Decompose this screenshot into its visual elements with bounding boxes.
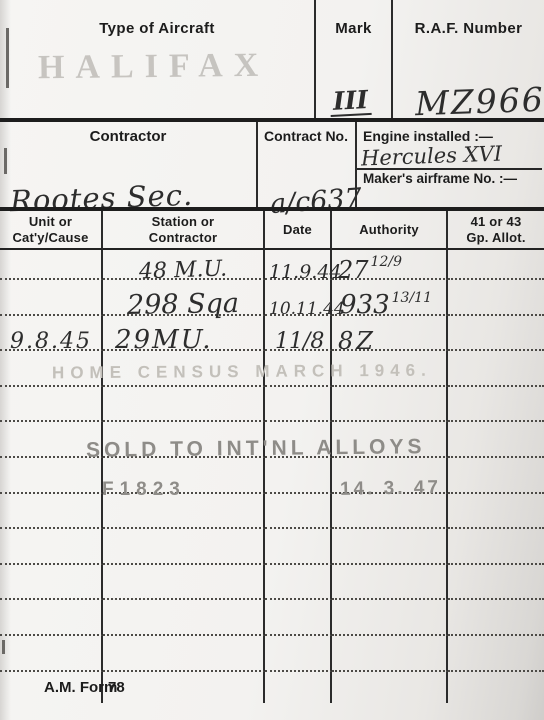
cell-authority: 27 12/9 (332, 250, 448, 280)
cell-unit (0, 636, 103, 672)
cell-allot (448, 316, 544, 352)
cell-allot (448, 529, 544, 565)
cell-unit (0, 250, 103, 280)
cell-authority (332, 636, 448, 672)
cell-station: 298 Sqa (103, 280, 265, 316)
cell-authority (332, 600, 448, 636)
cell-allot (448, 351, 544, 387)
aircraft-header-section: Type of Aircraft HALIFAX Mark III R.A.F.… (0, 0, 544, 118)
cell-unit (0, 387, 103, 423)
table-row-empty (0, 458, 544, 494)
form-number: 78 (108, 679, 125, 696)
sold-reference-stamp: F1823 (102, 479, 186, 501)
header-unit-line2: Cat'y/Cause (12, 230, 88, 246)
cell-authority (332, 387, 448, 423)
sold-to-intnl-alloys-stamp: SOLD TO INT'NL ALLOYS (86, 435, 426, 463)
header-authority-label: Authority (359, 222, 419, 238)
contractor-label: Contractor (0, 122, 256, 145)
table-row-empty (0, 636, 544, 672)
header-unit-line1: Unit or (29, 214, 72, 230)
table-footer-strip: A.M. Form 78 (0, 672, 544, 703)
authority-superscript: 13/11 (392, 290, 432, 306)
type-of-aircraft-label: Type of Aircraft (0, 0, 314, 37)
header-allot-cell: 41 or 43 Gp. Allot. (448, 211, 544, 250)
station-handwriting: 298 Sqa (127, 290, 239, 319)
cell-station (103, 636, 265, 672)
mark-label: Mark (316, 0, 391, 37)
header-authority-cell: Authority (332, 211, 448, 250)
footer-empty-cell (265, 672, 332, 703)
footer-empty-cell (332, 672, 448, 703)
cell-authority (332, 529, 448, 565)
cell-allot (448, 458, 544, 494)
cell-allot (448, 600, 544, 636)
table-row-empty (0, 387, 544, 423)
cell-date: 11.9.44 (265, 250, 332, 280)
header-date-cell: Date (265, 211, 332, 250)
cell-date: 10.11.44 (265, 280, 332, 316)
table-row-empty (0, 600, 544, 636)
header-allot-line2: Gp. Allot. (466, 230, 525, 246)
cell-date (265, 565, 332, 601)
cell-allot (448, 280, 544, 316)
cell-unit (0, 494, 103, 530)
header-station-line2: Contractor (149, 230, 217, 246)
cell-unit (0, 280, 103, 316)
type-of-aircraft-cell: Type of Aircraft HALIFAX (0, 0, 316, 118)
cell-date (265, 494, 332, 530)
cell-date (265, 458, 332, 494)
cell-authority (332, 565, 448, 601)
cell-allot (448, 565, 544, 601)
cell-date (265, 600, 332, 636)
mark-value-handwriting: III (329, 87, 372, 117)
cell-unit (0, 458, 103, 494)
home-census-stamp: HOME CENSUS MARCH 1946. (52, 361, 432, 384)
footer-number-cell: 78 (103, 672, 265, 703)
header-station-cell: Station or Contractor (103, 211, 265, 250)
cell-date (265, 636, 332, 672)
contract-no-label: Contract No. (258, 122, 355, 144)
contractor-cell: Contractor Rootes Sec. (0, 122, 258, 207)
cell-date (265, 387, 332, 423)
table-header-row: Unit or Cat'y/Cause Station or Contracto… (0, 211, 544, 250)
raf-number-cell: R.A.F. Number MZ966 (393, 0, 544, 118)
footer-form-cell: A.M. Form (0, 672, 103, 703)
cell-allot (448, 250, 544, 280)
cell-allot (448, 636, 544, 672)
date-handwriting: 11/8 (275, 331, 324, 353)
table-row-empty (0, 494, 544, 530)
cell-station (103, 529, 265, 565)
engine-value-handwriting: Hercules XVI (361, 144, 503, 170)
am-form-78-record-card: Type of Aircraft HALIFAX Mark III R.A.F.… (0, 0, 544, 720)
header-station-line1: Station or (152, 214, 215, 230)
cell-allot (448, 494, 544, 530)
header-unit-cell: Unit or Cat'y/Cause (0, 211, 103, 250)
cell-station (103, 600, 265, 636)
cell-allot (448, 387, 544, 423)
makers-airframe-label: Maker's airframe No. :— (357, 168, 544, 186)
raf-number-label: R.A.F. Number (393, 0, 544, 37)
table-row: 48 M.U. 11.9.44 27 12/9 (0, 250, 544, 280)
cell-authority: 933 13/11 (332, 280, 448, 316)
table-row: 9.8.45 29MU. 11/8 8Z (0, 316, 544, 352)
authority-handwriting: 27 (338, 258, 369, 282)
cell-station (103, 387, 265, 423)
cell-authority: 8Z (332, 316, 448, 352)
contractor-section: Contractor Rootes Sec. Contract No. a/c6… (0, 122, 544, 207)
cell-unit (0, 565, 103, 601)
cell-date: 11/8 (265, 316, 332, 352)
engine-cell: Engine installed :— Hercules XVI Maker's… (357, 122, 544, 207)
cell-station (103, 565, 265, 601)
authority-superscript: 12/9 (371, 254, 402, 270)
header-date-label: Date (283, 222, 312, 238)
table-row: 298 Sqa 10.11.44 933 13/11 (0, 280, 544, 316)
footer-empty-cell (448, 672, 544, 703)
raf-number-value-handwriting: MZ966 (414, 83, 544, 121)
authority-handwriting: 8Z (338, 329, 376, 353)
contract-no-cell: Contract No. a/c637 (258, 122, 357, 207)
station-handwriting: 29MU. (115, 327, 213, 353)
engine-installed-label: Engine installed :— (357, 122, 544, 144)
table-row-empty (0, 529, 544, 565)
aircraft-type-stamp: HALIFAX (38, 47, 270, 87)
header-allot-line1: 41 or 43 (471, 214, 522, 230)
cell-unit: 9.8.45 (0, 316, 103, 352)
cell-unit (0, 600, 103, 636)
cell-station: 29MU. (103, 316, 265, 352)
unit-handwriting: 9.8.45 (10, 331, 92, 353)
sold-date-stamp: 14. 3. 47 (340, 477, 441, 501)
mark-cell: Mark III (316, 0, 393, 118)
cell-allot (448, 422, 544, 458)
cell-unit (0, 529, 103, 565)
cell-date (265, 529, 332, 565)
cell-station: 48 M.U. (103, 250, 265, 280)
authority-handwriting: 933 (340, 292, 390, 318)
table-row-empty (0, 565, 544, 601)
engine-underline: Hercules XVI (357, 146, 542, 170)
